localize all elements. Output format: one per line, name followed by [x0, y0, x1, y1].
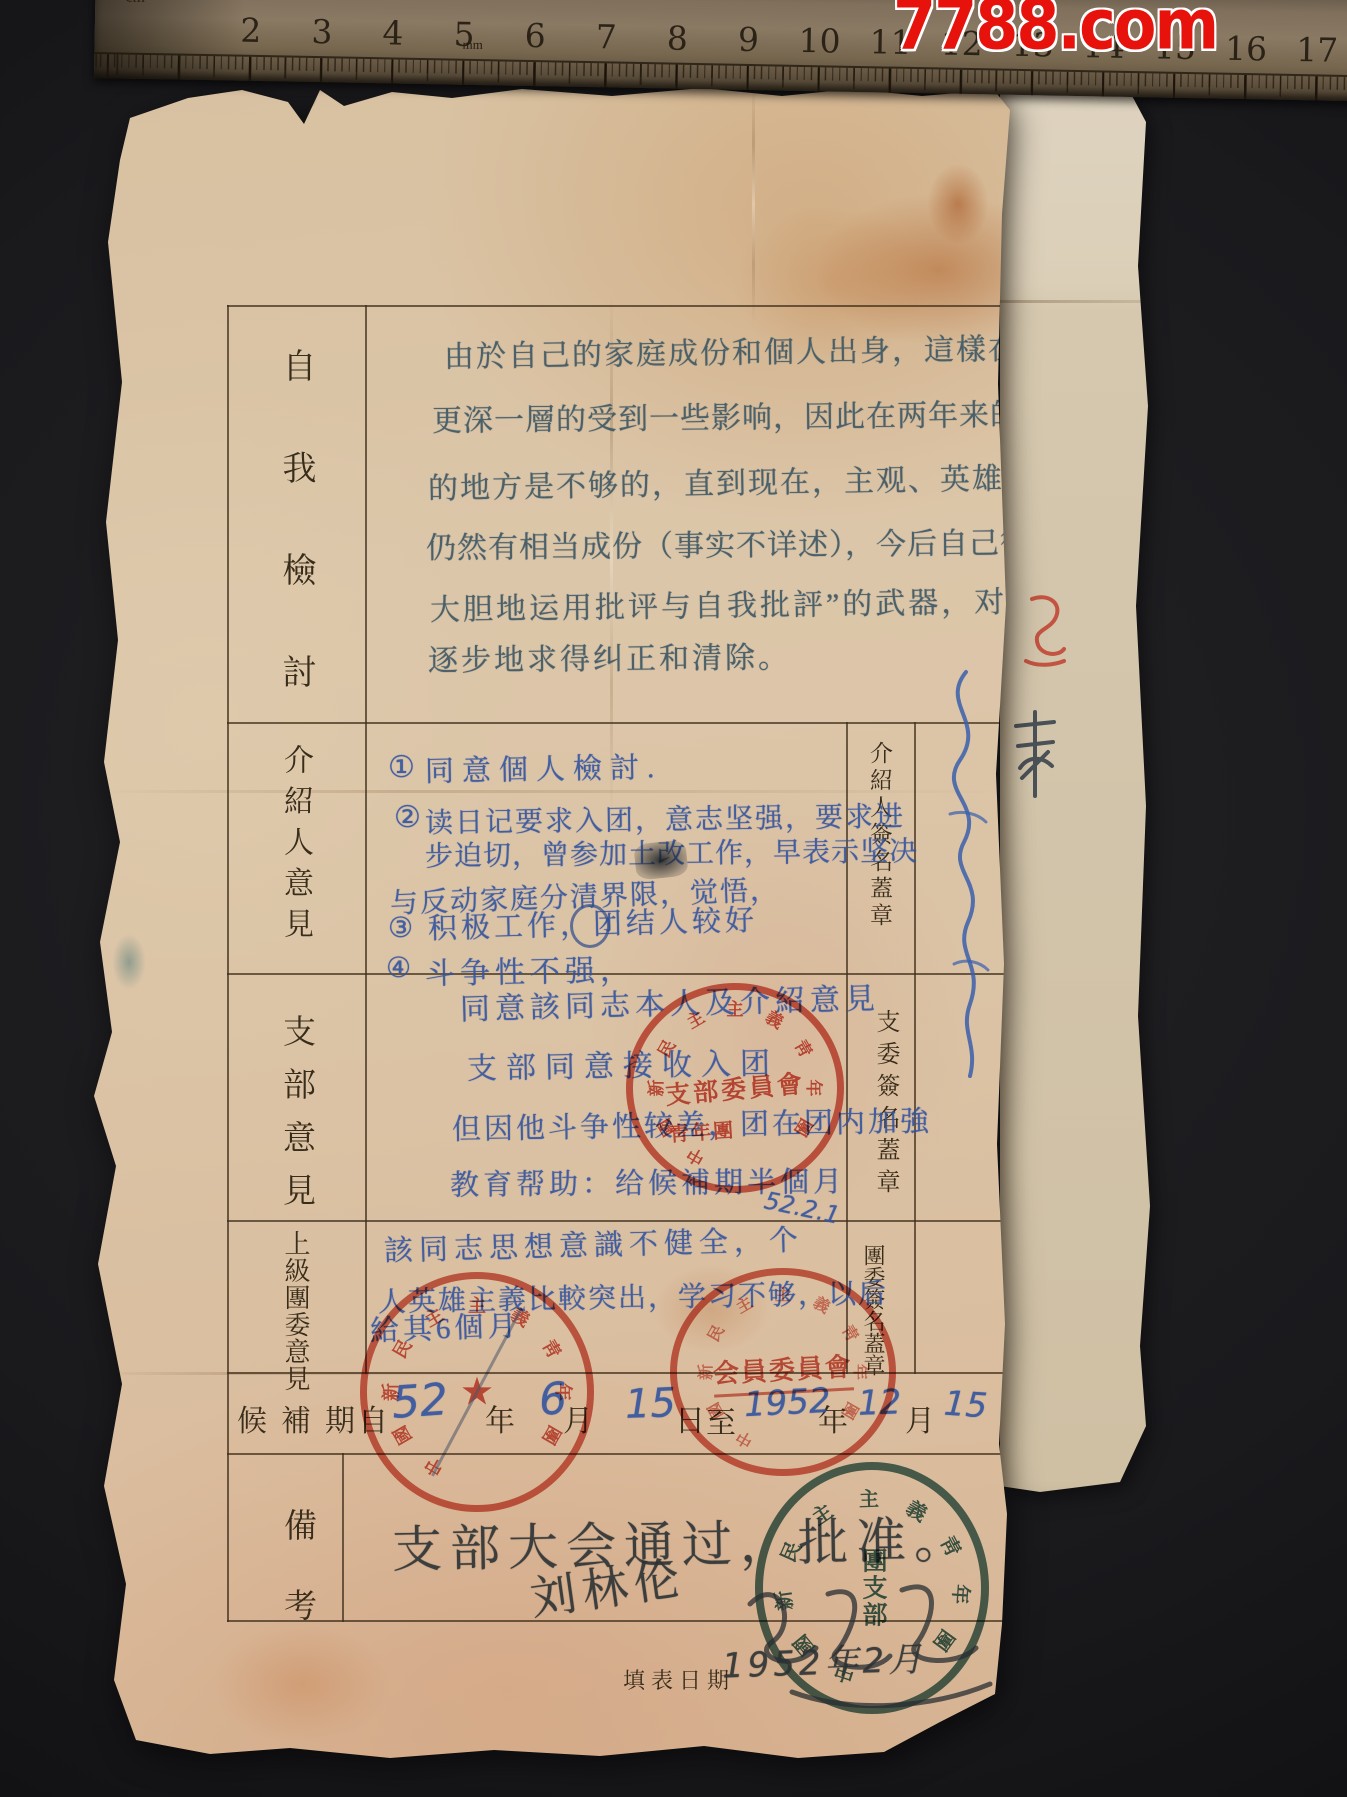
candidate-unit-month-2: 月: [905, 1396, 935, 1440]
table-col-line-label: [365, 305, 367, 1374]
paper-crease: [752, 84, 755, 324]
paper-stain: [112, 934, 146, 990]
ruler-cm-label: cm: [125, 0, 145, 7]
stamp-league-left: 中國新民主主義靑年團 ★: [360, 1272, 594, 1512]
section-label-candidate: 候補期: [237, 1396, 369, 1440]
footer-date-value: 1952年2月: [721, 1642, 926, 1683]
seal-label-introducer: 介紹人簽名蓋章: [868, 741, 891, 930]
section-label-branch: 支部意見: [279, 1014, 312, 1226]
stamp-slash-mark: [431, 1307, 523, 1476]
stamp-league-right: 中國新民主主義靑年團 会員委員會: [670, 1268, 896, 1476]
candidate-from-day: 15: [624, 1383, 676, 1425]
table-col-line-seal-right: [914, 722, 916, 1374]
footer-date-label: 填表日期: [623, 1664, 735, 1695]
handwriting-line: 读日记要求入团，意志坚强，要求进: [425, 804, 905, 839]
handwriting-line: 斗争性不强，: [425, 956, 635, 990]
stamp-band-text: 支部委員會: [664, 1064, 807, 1112]
ruler-number: 2: [240, 11, 262, 50]
section-label-league: 上級團委意見: [282, 1230, 308, 1392]
list-marker: ②: [394, 803, 421, 833]
stamp-branch-committee: 中國新民主主義靑年團 支部委員會 靑年團: [626, 983, 844, 1193]
photo-of-document: 自我檢討 介紹人意見 介紹人簽名蓋章 支部意見 支委簽名蓋章 上級團委意見 團委…: [0, 0, 1347, 1797]
ruler-number: 17: [1296, 30, 1339, 70]
list-marker: ①: [388, 753, 415, 783]
section-label-introducer: 介紹人意見: [280, 744, 310, 949]
ruler-number: 10: [798, 21, 841, 61]
ruler-number: 7: [595, 17, 617, 56]
table-row-line: [227, 1220, 1010, 1222]
ruler-number: 8: [667, 18, 689, 57]
list-marker: ④: [386, 955, 411, 983]
table-row-line: [227, 722, 1010, 724]
list-marker: ③: [388, 915, 413, 943]
table-row-line: [227, 1453, 1010, 1455]
handwriting-line: 同意個人檢討.: [425, 754, 663, 787]
section-label-remarks: 備考: [280, 1508, 313, 1668]
document-paper: 自我檢討 介紹人意見 介紹人簽名蓋章 支部意見 支委簽名蓋章 上級團委意見 團委…: [92, 84, 1012, 1774]
table-border-top: [227, 305, 1010, 307]
section-label-self-exam: 自我檢討: [278, 348, 312, 756]
stamp-band-text: 会員委員會: [712, 1346, 854, 1397]
ruler-number: 16: [1225, 29, 1268, 69]
ruler-number: 4: [382, 13, 404, 52]
handwriting-line: 該同志思想意識不健全，个: [384, 1227, 805, 1267]
table-col-line-remarks: [342, 1453, 344, 1622]
table-border-left: [227, 305, 229, 1622]
margin-dark-mark: [1008, 708, 1063, 803]
watermark: 7788.com: [893, 0, 1217, 65]
ink-circle: [570, 904, 610, 948]
ruler-number: 3: [311, 12, 333, 51]
stamp-band-text: 靑年團: [668, 1114, 736, 1148]
candidate-until-day: 15: [943, 1387, 989, 1424]
paper-seam: [1000, 300, 1152, 303]
handwriting-line: 步迫切，曾参加土改工作，早表示坚决: [425, 838, 918, 871]
ruler-number: 6: [524, 16, 546, 55]
paper-stain: [292, 84, 318, 110]
ruler-mm-label: mm: [462, 37, 483, 53]
handwriting-line: 逐步地求得纠正和清除。: [428, 643, 791, 676]
paper-stain: [928, 164, 988, 244]
margin-red-mark: [1018, 591, 1078, 671]
seal-label-branch: 支委簽名蓋章: [873, 1009, 897, 1201]
signature-introducer: [920, 664, 1010, 1094]
paper-back-sheet: [1000, 86, 1152, 1494]
ruler-number: 9: [738, 20, 760, 59]
